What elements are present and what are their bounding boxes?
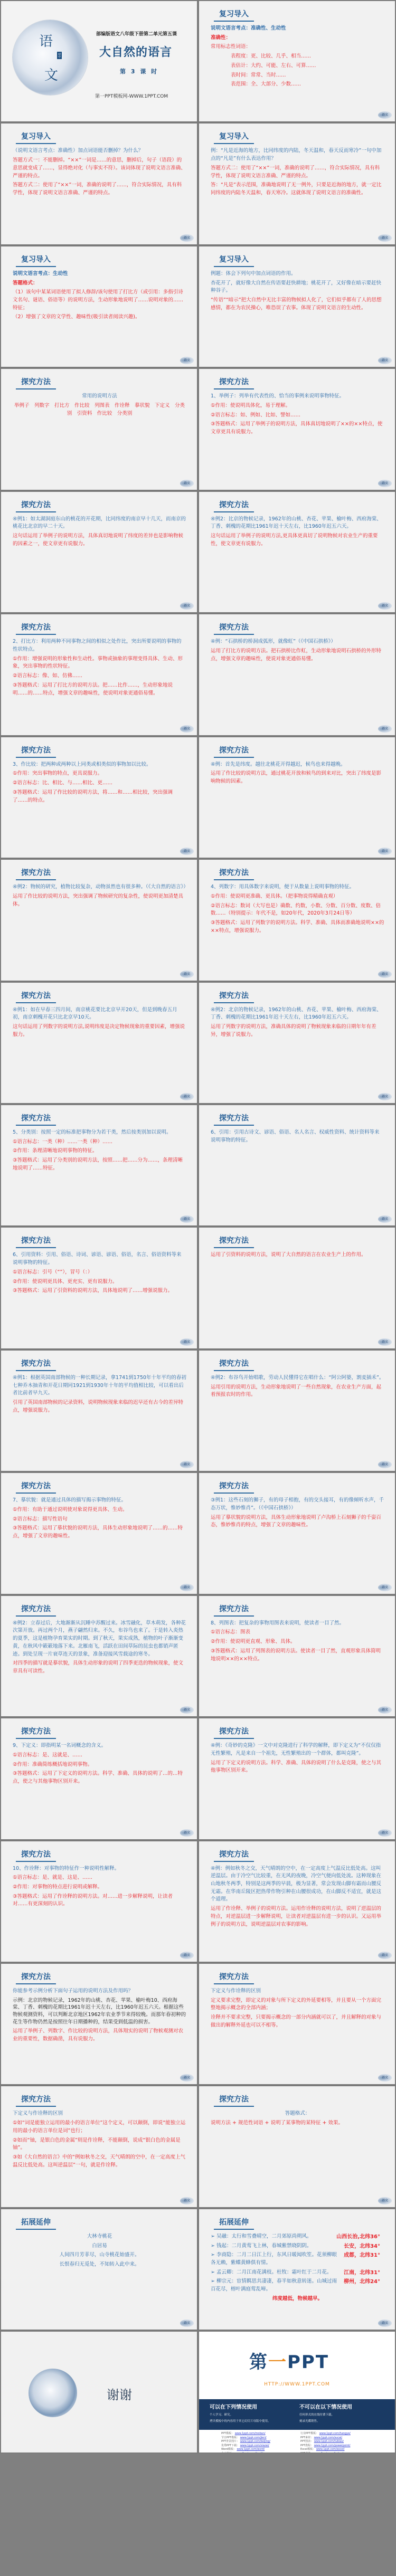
slide-text: ④例：《奇妙的克隆》一文中对克隆进行了科学的解释，即下定义为“不仅仅指无性繁殖，… (211, 1742, 384, 1757)
content-slide-35: 探究方法 答题格式：说明方法 + 规范性词语 + 说明了某事物的某特征 + 效果… (198, 2085, 396, 2208)
slide-text: 答题格式： (211, 2110, 384, 2118)
cannot-use: 不可以在以下情况使用任何形式的在线付费下载。刻录光碟销售。 (299, 2402, 352, 2423)
slide-text: ③答题格式：运用了摹状貌的说明方法，具体生动形象地说明了……的……特点，增强了文… (13, 1525, 186, 1540)
slide-text: （说明文语言考点：准确性）加点词语能否删掉？为什么？ (13, 147, 186, 155)
slide-text: ④例2：北京的物候记录，1962年的山桃、杏花、苹果、榆叶梅、西府海棠、丁香、刺… (211, 1006, 384, 1022)
link-label: 节日PPT模板： (221, 2436, 239, 2439)
slide-text: 2、打比方：利用两种不同事物之间的相似之处作比，突出所要说明的事物的性状特点。 (13, 638, 186, 653)
can-item: 个人学习、研究。 (210, 2412, 271, 2417)
poem-line: 柳宗元：宦情羁思共凄凄，春半如秋意转迷。山城过雨百花尽，榕叶满庭莺乱啼。 (211, 2278, 337, 2292)
slide-text: ④例：例如秋冬之交，天气晴朗的空中，在一定高度上气温反比低处高。这叫逆温层。由于… (211, 1865, 384, 1904)
yuwen-logo-icon: 语文 (378, 1706, 392, 1714)
slide-text: 人间四月芳菲尽，山寺桃花始盛开。 (13, 2251, 186, 2259)
content-slide-13: 探究方法 ④例：首先是纬度。越往北桃花开得越迟，候鸟也来得越晚。运用了作比较的说… (198, 736, 396, 859)
content-slide-15: 探究方法 4、列数字：用具体数字来说明，便于从数量上说明事物的特征。①作用：使说… (198, 859, 396, 981)
yuwen-logo-icon: 语文 (180, 2320, 194, 2327)
link[interactable]: www.1ppt.com/excel/ (316, 2448, 345, 2451)
link[interactable]: www.1ppt.com/tubiao/ (314, 2440, 344, 2443)
slide-body: 9、下定义：即指明某一名词概念的含义。①语言标志：是、这就是、……②作用：准确简… (13, 1742, 186, 1786)
conclusion: 纬度越低，物候越早。 (211, 2295, 384, 2303)
slide-body: ④例2：比京的物候记录，1962年的山桃、杏花、苹果、榆叶梅、西府海棠、丁香、刺… (211, 516, 384, 548)
slide-text: ③答题格式：运用了作诠释的说明方法。对……进一步解释说明，让读者对……有更深刻的… (13, 1893, 186, 1908)
content-slide-7: 探究方法 1、举例子：列举有代表性的、恰当的事例来说明事物特征。①作用：使说明具… (198, 368, 396, 490)
slide-body: 3、作比较：把两种或两种以上同类或相类似的事物加以比较。①作用：突出事物的特点，… (13, 761, 186, 805)
link[interactable]: www.1ppt.com/hangye/ (319, 2432, 351, 2435)
yuwen-logo-icon: 语文 (180, 848, 194, 855)
link[interactable]: www.1ppt.com/beijing/ (240, 2440, 270, 2443)
slide-text: 长恨春归无觅处，不知转入此中来。 (13, 2261, 186, 2269)
slide-title: 复习导入 (16, 131, 56, 144)
cover-site: 第一PPT模板网-WWW.1PPT.COM (95, 92, 168, 99)
slide-text: 准确性： (211, 34, 384, 42)
slide-text: 运用了下定义的说明方法。科学、准确、具体的说明了什么是克隆，使之与其他事物区别开… (211, 1760, 384, 1775)
yuwen-logo-icon: 语文 (180, 1215, 194, 1223)
link[interactable]: www.1ppt.com/word/ (237, 2448, 265, 2451)
yuwen-logo-icon: 语文 (378, 357, 392, 364)
slide-title: 复习导入 (16, 254, 56, 267)
link[interactable]: www.1ppt.com/jianli/ (235, 2452, 263, 2454)
slide-title: 探究方法 (16, 1849, 56, 1862)
slide-body: （说明文语言考点：准确性）加点词语能否删掉？为什么？答题方式一：不能删掉。“××… (13, 147, 186, 197)
content-slide-36: 拓展延伸 大林寺桃花白居易人间四月芳菲尽，山寺桃花始盛开。长恨春归无觅处，不知转… (0, 2208, 198, 2331)
slide-text: 引用了英国南部物候的记录资料，说明物候现象来临的迟早还有古今的差异特点，增强说服… (13, 1399, 186, 1414)
slide-body: 5、分类别：按照一定的标准把事物分为若干类，然后按类别加以说明。①语言标志：一类… (13, 1129, 186, 1173)
content-slide-4: 复习导入 说明文语言考点：生动性答题格式：（1）该句中某某词语使用了拟人修辞/该… (0, 245, 198, 368)
slide-text: ④例：首先是纬度。越往北桃花开得越迟，候鸟也来得越晚。 (211, 761, 384, 769)
poem-item: ➢ 柳宗元：宦情羁思共凄凄，春半如秋意转迷。山城过雨百花尽，榕叶满庭莺乱啼。柳州… (211, 2278, 384, 2293)
promo-slide: 第一PPTHTTP://WWW.1PPT.COM可以在下列情况使用个人学习、研究… (198, 2331, 396, 2453)
slide-body: 1、举例子：列举有代表性的、恰当的事例来说明事物特征。①作用：使说明具体化，易于… (211, 393, 384, 436)
brand-url: HTTP://WWW.1PPT.COM (199, 2382, 395, 2387)
yuwen-logo-icon: 语文 (180, 725, 194, 733)
poem-place: 长安，北纬34° (344, 2242, 380, 2251)
content-slide-22: 探究方法 ④例1：根据英国南部物候的一种长期记录，拿1741到1750年十年平均… (0, 1349, 198, 1472)
link[interactable]: www.1ppt.com/moban/ (235, 2432, 266, 2435)
link-row: PPT课件： www.1ppt.com/kejian/ (300, 2452, 351, 2454)
slide-text: 大林寺桃花 (13, 2233, 186, 2241)
extension-slide: 拓展延伸➢ 吴融：太行和雪叠晴空，二月郊原尚朔风。山西长治,北纬36°➢ 钱起：… (198, 2208, 396, 2331)
slide-text: 白居易 (13, 2242, 186, 2250)
slide-text: ③答题格式：运用了引资料的说明方法，具体地说明了……增强说服力。 (13, 1287, 186, 1295)
cannot-item: 刻录光碟销售。 (299, 2419, 352, 2423)
slide-text: ①作用：有助于通过说明使对象说得更具体、生动。 (13, 1506, 186, 1514)
slide-text: 运用了摹状貌的说明方法，具体生动形象地说明了卢沟桥上石刻狮子的千姿百态，惟妙惟肖… (211, 1514, 384, 1529)
slide-text: ②语言标志：数词（大写也是）确数、约数，小数、分数、百分数、度数、倍数……（特别… (211, 902, 384, 918)
slide-title: 探究方法 (214, 1603, 254, 1617)
slide-title: 探究方法 (16, 499, 56, 512)
slide-text: 答：“凡是”表示范围，准确地说明了无一例外，只要是近海的地方，就一定比同纬度的内… (211, 182, 384, 197)
poem-line: 吴融：太行和雪叠晴空，二月郊原尚朔风。 (216, 2233, 312, 2239)
slide-title: 探究方法 (16, 1480, 56, 1494)
link-row: 行业PPT模板： www.1ppt.com/hangye/ (300, 2432, 351, 2436)
slide-title: 探究方法 (16, 1358, 56, 1371)
slide-body: ④例：例如秋冬之交，天气晴朗的空中，在一定高度上气温反比低处高。这叫逆温层。由于… (211, 1865, 384, 1929)
slide-text: ④例1：如太湖洞庭东山的桃花的开花期，比同纬度的南京早十几天，而南京的桃花比北京… (13, 516, 186, 531)
slide-body: 下定义与作诠释的区别①如“词是能独立运用的最小的语言单位”这个定义，可以颠倒，即… (13, 2110, 186, 2169)
slide-title: 探究方法 (214, 1849, 254, 1862)
slide-text: ③答题格式：运用了列数字的说明方法。科学、准确、具体而准确地说明××的××特点，… (211, 919, 384, 935)
brand-logo: 第一PPT (249, 2347, 329, 2373)
slide-title: 探究方法 (16, 867, 56, 880)
content-slide-21: 探究方法 运用了引资料的说明方法，说明了大自然的语言在农业生产上的作用。 语文 (198, 1227, 396, 1349)
slide-body: ④例1：如在早春三四月间，南京桃花要比北京早开20天，但是到晚春五月初，南京刺槐… (13, 1006, 186, 1039)
yuwen-logo-icon: 语文 (378, 2197, 392, 2204)
cover-lesson: 第 3 课 时 (120, 67, 158, 75)
can-use: 可以在下列情况使用个人学习、研究。拷贝模板中的内容用于其它幻灯片母版中使用。 (210, 2402, 271, 2423)
link[interactable]: www.1ppt.com/xiazai/ (240, 2444, 269, 2447)
yuwen-logo-icon: 语文 (378, 971, 392, 978)
yuwen-logo-icon: 语文 (180, 357, 194, 364)
yuwen-logo-icon: 语文 (378, 1461, 392, 1468)
slide-body: 10、作诠释：对事物的特征作一种说明性解释。①语言标志：是、就是、这是、……②作… (13, 1865, 186, 1909)
content-slide-17: 探究方法 ④例2：北京的物候记录，1962年的山桃、杏花、苹果、榆叶梅、西府海棠… (198, 982, 396, 1104)
slide-title: 探究方法 (16, 1726, 56, 1739)
slide-text: 运用了列数字的说明方法，准确具体的说明了物候现象来临的日期年年有差异，增强了说服… (211, 1023, 384, 1039)
slide-text: ③例1：这些石刻的狮子，有的母子相抱，有的交头接耳，有的像倾听水声，千态万状，惟… (211, 1497, 384, 1512)
link[interactable]: www.1ppt.com/sucai/ (314, 2436, 343, 2439)
content-slide-2: 复习导入 （说明文语言考点：准确性）加点词语能否删掉？为什么？答题方式一：不能删… (0, 122, 198, 245)
yuwen-logo-icon: 语文 (180, 1829, 194, 1837)
slide-text: ①语言标志：是、就是、这是、…… (13, 1874, 186, 1882)
poem-item: ➢ 李商隐：二月二日江上行，东风日暖闻吹笙。花须柳眼各无赖，紫蝶黄蜂俱有情。成都… (211, 2251, 384, 2267)
link[interactable]: www.1ppt.com/jieri/ (240, 2436, 267, 2439)
slide-text: ③答题格式：运用了举例子的说明方法，具体真切地说明了××的××特点，使文章更具有… (211, 421, 384, 436)
poem-line: 李商隐：二月二日江上行，东风日暖闻吹笙。花须柳眼各无赖，紫蝶黄蜂俱有情。 (211, 2252, 337, 2266)
slide-text: ②如而“铀，是银白色的金属”则是作诠释，不能颠倒，说成“银白色的金属是铀”。 (13, 2137, 186, 2152)
cover-char-wen: 文 (44, 64, 58, 84)
yuwen-logo-icon: 语文 (180, 1952, 194, 1959)
content-slide-20: 探究方法 6、引用资料：引用、俗语、诗词、谚语、谚语、俗语，名言、俗语资料等来说… (0, 1227, 198, 1349)
yuwen-logo-icon: 语文 (378, 1338, 392, 1346)
slide-text: 5、分类别：按照一定的标准把事物分为若干类，然后按类别加以说明。 (13, 1129, 186, 1137)
link-label: PPT课件： (300, 2452, 313, 2454)
slide-text: 下定义与作诠释的区别 (211, 1988, 384, 1995)
slide-text: ①作用：使说明更准确、更具体。（把事物说得精确直观） (211, 893, 384, 901)
slide-text: 表程度：更、比较、几乎、相当…… (211, 53, 384, 61)
slide-body: ③例1：这些石刻的狮子，有的母子相抱，有的交头接耳，有的像倾听水声，千态万状，惟… (211, 1497, 384, 1529)
cannot-item: 任何形式的在线付费下载。 (299, 2412, 352, 2417)
slide-text: 运用了引资料的说明方法，说明了大自然的语言在农业生产上的作用。 (211, 1251, 384, 1259)
slide-text: ③答题格式：运用了列图表的说明方法。使读者一目了然，直观形象具体简明地说明××的… (211, 1648, 384, 1663)
slide-title: 复习导入 (214, 254, 254, 267)
slide-text: ②语言标志：比、相比、与……相比、更…… (13, 780, 186, 787)
slide-title: 探究方法 (16, 622, 56, 635)
slide-title: 复习导入 (214, 131, 254, 144)
slide-text: 例：“凡是近海的地方，比同纬度的内陆，冬天温和，春天反而寒冷”一句中加点的“凡是… (211, 147, 384, 163)
slide-body: ④例2：布谷鸟开始唱歌，劳动人民懂得它在唱什么：“阿公阿婆，割麦插禾”。运用引用… (211, 1374, 384, 1399)
yuwen-logo-icon: 语文 (180, 2074, 194, 2081)
link-label: PPT背景图片： (221, 2440, 239, 2443)
slide-text: 杏花开了，就好像大自然在传语要赶快耕地；桃花开了，又好像在暗示要赶快种谷子。 (211, 280, 384, 295)
links-left: PPT模板： www.1ppt.com/moban/节日PPT模板： www.1… (221, 2432, 271, 2453)
content-slide-32: 探究方法 你能参考示例分析下面句子运用的说明方法及作用吗？示例：北京的物候记录，… (0, 1963, 198, 2085)
yuwen-logo-icon: 语文 (378, 725, 392, 733)
slide-text: 表范围：全、大部分、少数…… (211, 81, 384, 89)
slide-text: ②作用：对事物的特点进行说明或解释。 (13, 1884, 186, 1891)
cover-slide: 语 初中 文 部编版语文八年级下册第二单元第五课 大自然的语言 第 3 课 时 … (0, 0, 198, 122)
yuwen-logo-icon: 语文 (180, 2197, 194, 2204)
content-slide-29: 探究方法 ④例：《奇妙的克隆》一文中对克隆进行了科学的解释，即下定义为“不仅仅指… (198, 1717, 396, 1840)
slide-text: 9、下定义：即指明某一名词概念的含义。 (13, 1742, 186, 1750)
yuwen-logo-icon: 语文 (180, 480, 194, 487)
slide-body: 例：“凡是近海的地方，比同纬度的内陆，冬天温和，春天反而寒冷”一句中加点的“凡是… (211, 147, 384, 197)
slide-text: ①作用：使说明具体化，易于理解。 (211, 402, 384, 410)
slide-title: 探究方法 (214, 1235, 254, 1248)
yuwen-logo-icon: 语文 (378, 848, 392, 855)
poem-item: ➢ 钱起：二月黄莺飞上林，春城紫禁晓阴阴。长安，北纬34° (211, 2242, 384, 2250)
slide-text: ②作用：条理清晰地说明事物的特征。 (13, 1147, 186, 1155)
link-label: PPT素材： (300, 2436, 313, 2439)
slide-title: 探究方法 (16, 1113, 56, 1126)
cover-subtitle: 部编版语文八年级下册第二单元第五课 (96, 30, 177, 37)
slide-text: ②语言标志：像、如、仿佛…… (13, 672, 186, 680)
brand-dash: 一 (268, 2352, 287, 2373)
slide-text: 6、引用资料：引用、俗语、诗词、谚语、谚语、俗语，名言、俗语资料等来说明事物的特… (13, 1251, 186, 1267)
slide-text: 说明文语言考点：准确性、生动性 (211, 25, 384, 33)
slide-body: 说明文语言考点：生动性答题格式：（1）该句中某某词语使用了拟人修辞/该句使用了打… (13, 270, 186, 321)
slide-text: 这句话运用了举例子的说明方法,更具体更真切了说明物候对农业生产的重要性，使文章更… (211, 533, 384, 548)
slide-text: 10、作诠释：对事物的特征作一种说明性解释。 (13, 1865, 186, 1873)
slide-text: ④例1：如在早春三四月间，南京桃花要比北京早开20天，但是到晚春五月初，南京刺槐… (13, 1006, 186, 1022)
link-label: Word模板： (221, 2448, 236, 2451)
yuwen-logo-icon: 语文 (378, 602, 392, 610)
slide-body: ④例2：北京的物候记录，1962年的山桃、杏花、苹果、榆叶梅、西府海棠、丁香、刺… (211, 1006, 384, 1039)
empty-cell (0, 2454, 198, 2576)
slide-text: 答题格式： (13, 280, 186, 288)
slide-body: ④例：“石拱桥的桥洞成弧形，就像虹”（《中国石拱桥》）运用了打比方的说明方法。把… (211, 638, 384, 663)
slide-text: ①语言标志：图表 (211, 1629, 384, 1637)
slide-title: 拓展延伸 (16, 2217, 56, 2230)
slide-title: 探究方法 (214, 622, 254, 635)
slide-title: 探究方法 (16, 1971, 56, 1984)
slide-text: 例题：体会下列句中加点词语的作用。 (211, 270, 384, 278)
brand-part: 第 (249, 2352, 268, 2373)
slide-text: 下定义与作诠释的区别 (13, 2110, 186, 2118)
slide-title: 探究方法 (214, 1971, 254, 1984)
link-label: Excel模板： (300, 2448, 315, 2451)
slide-text: ②语言标志：描写性语句 (13, 1516, 186, 1524)
slide-text: ④例2：立春过后，大地渐渐从沉睡中苏醒过来。冰雪融化，草木萌发，各种花次第开放。… (13, 1620, 186, 1659)
thanks-slide: 谢谢 (0, 2331, 198, 2453)
slide-title: 探究方法 (214, 1480, 254, 1494)
slide-text: ②语言标志：如、例如、比如、譬如…… (211, 412, 384, 420)
yuwen-logo-icon: 语文 (180, 1706, 194, 1714)
slide-body: 4、列数字：用具体数字来说明，便于从数量上说明事物的特征。①作用：使说明更准确、… (211, 883, 384, 935)
slide-text: ①语言标志：引号（“”），冒号（：） (13, 1269, 186, 1277)
slide-text: 这句话运用了举例子的说明方法，具体真切地说明了纬度的差异也是影响物候的因素之一，… (13, 533, 186, 548)
slide-text: “传语”“暗示”把大自然中无比丰富的物候拟人化了，它们似乎都有了人的思想感情，都… (211, 297, 384, 312)
slide-title: 复习导入 (214, 8, 254, 22)
thanks-text: 谢谢 (107, 2384, 132, 2403)
slide-text: ②作用：使说明更具体、更充实、更有说服力。 (13, 1278, 186, 1286)
can-item: 拷贝模板中的内容用于其它幻灯片母版中使用。 (210, 2419, 271, 2423)
slide-text: 举例子 列数字 打比方 作比较 列图表 作诠释 摹状貌 下定义 分类别 引资料 … (13, 402, 186, 417)
slide-text: ①如“词是能独立运用的最小的语言单位”这个定义，可以颠倒，即说“能独立运用的最小… (13, 2119, 186, 2135)
slide-text: ③如《大自然的语言》中的“例如秋冬之交，天气晴朗的空中，在一定高度上气温反比低处… (13, 2154, 186, 2169)
link-row: PPT背景图片： www.1ppt.com/beijing/ (221, 2440, 271, 2444)
poem-place: 江南，北纬31° (344, 2269, 380, 2277)
yuwen-logo-icon: 语文 (378, 2074, 392, 2081)
slide-text: 常用标志性词语： (211, 43, 384, 51)
content-slide-28: 探究方法 9、下定义：即指明某一名词概念的含义。①语言标志：是、这就是、……②作… (0, 1717, 198, 1840)
poem-item: ➢ 吴融：太行和雪叠晴空，二月郊原尚朔风。山西长治,北纬36° (211, 2233, 384, 2241)
slide-title: 探究方法 (214, 499, 254, 512)
slide-body: 你能参考示例分析下面句子运用的说明方法及作用吗？示例：北京的物候记录，1962年… (13, 1988, 186, 2043)
slide-text: 运用了作诠释、举例子的说明方法。运用作诠释的说明方法，说明了逆温层的特点，对逆温… (211, 1905, 384, 1928)
link-label: PPT图表： (300, 2440, 313, 2443)
slide-text: 运用了举例子、列数字、作比较的说明方法，具体翔实的说明了物候观测对农业的重要性，… (13, 2028, 186, 2043)
slide-text: 运用了作比较的说明方法，通过桃花开放和候鸟的到来对比，突出了纬度是影响物候的因素… (211, 770, 384, 785)
link-label: 个人简历： (221, 2452, 234, 2454)
slide-title: 探究方法 (16, 1603, 56, 1617)
link-label: 行业PPT模板： (300, 2432, 318, 2435)
slide-body: ④例1：如太湖洞庭东山的桃花的开花期，比同纬度的南京早十几天，而南京的桃花比北京… (13, 516, 186, 548)
content-slide-18: 探究方法 5、分类别：按照一定的标准把事物分为若干类，然后按类别加以说明。①语言… (0, 1104, 198, 1227)
usage-band: 可以在下列情况使用个人学习、研究。拷贝模板中的内容用于其它幻灯片母版中使用。不可… (199, 2399, 395, 2430)
content-slide-8: 探究方法 ④例1：如太湖洞庭东山的桃花的开花期，比同纬度的南京早十几天，而南京的… (0, 491, 198, 613)
slide-title: 拓展延伸 (214, 2217, 254, 2230)
slide-text: ①语言标志：是、这就是、…… (13, 1752, 186, 1760)
slide-body: 例题：体会下列句中加点词语的作用。杏花开了，就好像大自然在传语要赶快耕地；桃花开… (211, 270, 384, 312)
slide-title: 探究方法 (214, 1726, 254, 1739)
link[interactable]: www.1ppt.com/kejian/ (314, 2452, 343, 2454)
poem-line: 钱起：二月黄莺飞上林，春城紫禁晓阴阴。 (216, 2243, 312, 2249)
slide-text: 表时间：常常、当时…… (211, 72, 384, 80)
slide-body: 7、摹状貌：就是通过具体的描写揭示事物的特征。①作用：有助于通过说明使对象说得更… (13, 1497, 186, 1541)
slide-text: 6、引用：引用古诗文、谚语、俗语、名人名言、权威性资料、统计资料等来说明事物的特… (211, 1129, 384, 1144)
yuwen-logo-icon: 语文 (378, 1584, 392, 1591)
slide-text: ③答题格式：运用了作比较的说明方法，将……和……相比较，突出强调了……的特点。 (13, 789, 186, 804)
slide-title: 探究方法 (16, 2094, 56, 2107)
slide-body: 8、列图表：把复杂的事物用图表来说明，使读者一目了然。①语言标志：图表②作用：使… (211, 1620, 384, 1664)
link-row: Excel模板： www.1ppt.com/excel/ (300, 2448, 351, 2452)
content-slide-6: 探究方法 常用的说明方法举例子 列数字 打比方 作比较 列图表 作诠释 摹状貌 … (0, 368, 198, 490)
slide-text: 你能参考示例分析下面句子运用的说明方法及作用吗？ (13, 1988, 186, 1995)
links-right: 行业PPT模板： www.1ppt.com/hangye/PPT素材： www.… (300, 2432, 351, 2453)
link-label: PPT模板： (221, 2432, 234, 2435)
slide-grid: 语 初中 文 部编版语文八年级下册第二单元第五课 大自然的语言 第 3 课 时 … (0, 0, 396, 2576)
slide-text: ①语言标志：一类（种）……一类（种）…… (13, 1138, 186, 1146)
slide-text: 这句话运用了列数字的说明方法,说明纬度是决定物候现象的重要因素，增强说服力。 (13, 1023, 186, 1039)
slide-body: ④例2：物候的研究，植物比较复杂，动物虽然也有很多种。（《大自然的语言》）运用了… (13, 883, 186, 908)
content-slide-12: 探究方法 3、作比较：把两种或两种以上同类或相类似的事物加以比较。①作用：突出事… (0, 736, 198, 859)
content-slide-1: 复习导入 说明文语言考点：准确性、生动性准确性：常用标志性词语：表程度：更、比较… (198, 0, 396, 122)
link-label: 优秀PPT下载： (221, 2444, 239, 2447)
slide-text: ①作用：增强说明的形象性和生动性。事物或抽象的事理变得具体、生动、形象，突出事物… (13, 655, 186, 671)
slide-body: 答题格式：说明方法 + 规范性词语 + 说明了某事物的某特征 + 效果。 (211, 2110, 384, 2127)
slide-text: 运用了作比较的说明方法，突出强调了物候研究的复杂性，使说明更加清楚具体。 (13, 893, 186, 908)
slide-text: ②作用：准确简练概括地说明事物。 (13, 1761, 186, 1769)
slide-title: 探究方法 (214, 2094, 254, 2107)
yuwen-logo-icon: 语文 (378, 1093, 392, 1100)
slide-title: 探究方法 (214, 1113, 254, 1126)
link-row: Word模板： www.1ppt.com/word/ (221, 2448, 271, 2452)
content-slide-16: 探究方法 ④例1：如在早春三四月间，南京桃花要比北京早开20天，但是到晚春五月初… (0, 982, 198, 1104)
yuwen-logo-icon: 语文 (378, 111, 392, 119)
slide-text: 7、摹状貌：就是通过具体的描写揭示事物的特征。 (13, 1497, 186, 1505)
link-row: PPT图表： www.1ppt.com/tubiao/ (300, 2440, 351, 2444)
content-slide-34: 探究方法 下定义与作诠释的区别①如“词是能独立运用的最小的语言单位”这个定义，可… (0, 2085, 198, 2208)
slide-title: 探究方法 (16, 745, 56, 758)
slide-title: 探究方法 (16, 376, 56, 389)
content-slide-11: 探究方法 ④例：“石拱桥的桥洞成弧形，就像虹”（《中国石拱桥》）运用了打比方的说… (198, 613, 396, 736)
content-slide-26: 探究方法 ④例2：立春过后，大地渐渐从沉睡中苏醒过来。冰雪融化，草木萌发，各种花… (0, 1595, 198, 1717)
yuwen-logo-icon: 语文 (180, 1461, 194, 1468)
slide-title: 探究方法 (16, 990, 56, 1003)
slide-body: ④例：首先是纬度。越往北桃花开得越迟，候鸟也来得越晚。运用了作比较的说明方法，通… (211, 761, 384, 786)
slide-title: 探究方法 (214, 990, 254, 1003)
content-slide-30: 探究方法 10、作诠释：对事物的特征作一种说明性解释。①语言标志：是、就是、这是… (0, 1840, 198, 1963)
yuwen-logo-icon: 语文 (180, 1093, 194, 1100)
slide-body: 运用了引资料的说明方法，说明了大自然的语言在农业生产上的作用。 (211, 1251, 384, 1259)
slide-title: 探究方法 (214, 1358, 254, 1371)
slide-text: 说明文语言考点：生动性 (13, 270, 186, 278)
link-label: PPT教程： (300, 2444, 313, 2447)
slide-text: 诠释并不要求完整，只要揭示概念的一部分内涵就可以了，并且解释的对象与做出的解释外… (211, 2014, 384, 2029)
slide-title: 探究方法 (214, 867, 254, 880)
slide-text: 答题方式一：不能删掉。“××”一词是……的意思，删掉后，句子（语段）的意思就变成… (13, 157, 186, 180)
link[interactable]: www.1ppt.com/powerpoint/ (314, 2444, 351, 2447)
slide-text: 3、作比较：把两种或两种以上同类或相类似的事物加以比较。 (13, 761, 186, 769)
slide-text: ④例2：布谷鸟开始唱歌，劳动人民懂得它在唱什么：“阿公阿婆，割麦插禾”。 (211, 1374, 384, 1382)
slide-text: 答题方式二：使用了“××”一词，准确的说明了……，符合实际情况，具有科学性，体现… (211, 165, 384, 180)
slide-text: 常用的说明方法 (13, 393, 186, 401)
slide-text: 示例：北京的物候记录，1962年的山桃、杏花、苹果、榆叶梅10、西府海棠、丁香、… (13, 1997, 186, 2026)
content-slide-23: 探究方法 ④例2：布谷鸟开始唱歌，劳动人民懂得它在唱什么：“阿公阿婆，割麦插禾”… (198, 1349, 396, 1472)
cannot-title: 不可以在以下情况使用 (299, 2402, 352, 2410)
slide-text: （2）增强了文章的文学性、趣味性(吸引读者阅读兴趣)。 (13, 313, 186, 321)
content-slide-5: 复习导入 例题：体会下列句中加点词语的作用。杏花开了，就好像大自然在传语要赶快耕… (198, 245, 396, 368)
content-slide-31: 探究方法 ④例：例如秋冬之交，天气晴朗的空中，在一定高度上气温反比低处高。这叫逆… (198, 1840, 396, 1963)
slide-text: ④例：“石拱桥的桥洞成弧形，就像虹”（《中国石拱桥》） (211, 638, 384, 646)
poem-place: 柳州，北纬24° (344, 2278, 380, 2286)
slide-text: 运用引用的说明方法，生动形象地说明了一些自然现象，在农业生产方面，起着预报农时的… (211, 1384, 384, 1399)
slide-title: 探究方法 (214, 745, 254, 758)
slide-body: ④例：《奇妙的克隆》一文中对克隆进行了科学的解释，即下定义为“不仅仅指无性繁殖，… (211, 1742, 384, 1775)
slide-text: 定义要求完整，即定义的对象与所下定义的外延要相等，并且要从一个方面完整地揭示概念… (211, 1997, 384, 2012)
link-row: 个人简历： www.1ppt.com/jianli/ (221, 2452, 271, 2454)
slide-text: 答题方式二：使用了“××”一词，准确的说明了……，符合实际情况，具有科学性，体现… (13, 182, 186, 197)
brand-part: PPT (287, 2352, 329, 2373)
slide-body: ④例2：立春过后，大地渐渐从沉睡中苏醒过来。冰雪融化，草木萌发，各种花次第开放。… (13, 1620, 186, 1676)
yuwen-logo-icon: 语文 (378, 234, 392, 242)
poem-line: 孟云卿：二月江南花满枝。杜牧：霜叶红于二月花。 (216, 2269, 332, 2275)
content-slide-10: 探究方法 2、打比方：利用两种不同事物之间的相似之处作比，突出所要说明的事物的性… (0, 613, 198, 736)
content-slide-19: 探究方法 6、引用：引用古诗文、谚语、俗语、名人名言、权威性资料、统计资料等来说… (198, 1104, 396, 1227)
yuwen-logo-icon: 语文 (180, 602, 194, 610)
can-title: 可以在下列情况使用 (210, 2402, 271, 2410)
content-slide-33: 探究方法 下定义与作诠释的区别定义要求完整，即定义的对象与所下定义的外延要相等，… (198, 1963, 396, 2085)
slide-text: ③答题格式：运用了打比方的说明方法。把……比作……，生动形象地说明……的……特点… (13, 682, 186, 697)
content-slide-27: 探究方法 8、列图表：把复杂的事物用图表来说明，使读者一目了然。①语言标志：图表… (198, 1595, 396, 1717)
poem-place: 山西长治,北纬36° (336, 2233, 380, 2241)
slide-title: 探究方法 (16, 1235, 56, 1248)
slide-text: 8、列图表：把复杂的事物用图表来说明，使读者一目了然。 (211, 1620, 384, 1628)
slide-text: ④例1：根据英国南部物候的一种长期记录，拿1741到1750年十年平均的春初七种… (13, 1374, 186, 1398)
yuwen-logo-icon: 语文 (180, 971, 194, 978)
slide-text: ①作用：突出事物的特点，更具说服力。 (13, 770, 186, 778)
slide-body: 说明文语言考点：准确性、生动性准确性：常用标志性词语：表程度：更、比较、几乎、相… (211, 25, 384, 89)
slide-body: 6、引用资料：引用、俗语、诗词、谚语、谚语、俗语，名言、俗语资料等来说明事物的特… (13, 1251, 186, 1295)
slide-body: 6、引用：引用古诗文、谚语、俗语、名人名言、权威性资料、统计资料等来说明事物的特… (211, 1129, 384, 1144)
content-slide-9: 探究方法 ④例2：比京的物候记录，1962年的山桃、杏花、苹果、榆叶梅、西府海棠… (198, 491, 396, 613)
content-slide-14: 探究方法 ④例2：物候的研究，植物比较复杂，动物虽然也有很多种。（《大自然的语言… (0, 859, 198, 981)
poem-item: ➢ 孟云卿：二月江南花满枝。杜牧：霜叶红于二月花。江南，北纬31° (211, 2269, 384, 2277)
slide-body: 下定义与作诠释的区别定义要求完整，即定义的对象与所下定义的外延要相等，并且要从一… (211, 1988, 384, 2030)
yuwen-logo-icon: 语文 (180, 1338, 194, 1346)
poem-place: 成都，北纬31° (344, 2251, 380, 2260)
content-slide-25: 探究方法 ③例1：这些石刻的狮子，有的母子相抱，有的交头接耳，有的像倾听水声，千… (198, 1472, 396, 1594)
